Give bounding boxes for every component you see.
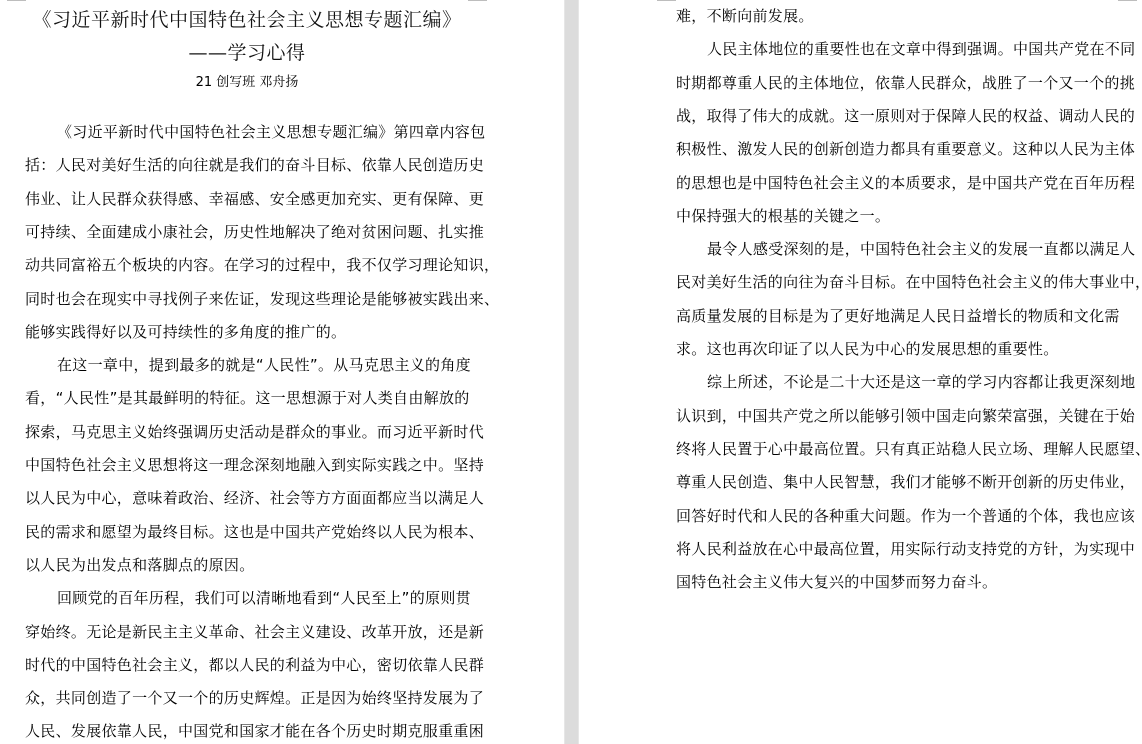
body-text-line: 将人民利益放在心中最高位置，用实际行动支持党的方针，为实现中 [676, 539, 1135, 559]
body-text-line: 认识到，中国共产党之所以能够引领中国走向繁荣富强，关键在于始 [676, 406, 1135, 426]
body-text-line: 人民、发展依靠人民，中国党和国家才能在各个历史时期克服重重困 [25, 721, 484, 741]
body-text-line: 在这一章中，提到最多的就是“人民性”。从马克思主义的角度 [57, 355, 471, 375]
page-corner-mark [657, 0, 676, 1]
body-text-line: 最令人感受深刻的是，中国特色社会主义的发展一直都以满足人 [707, 239, 1135, 259]
document-subtitle: ——学习心得 [0, 38, 494, 65]
body-text-line: 战，取得了伟大的成就。这一原则对于保障人民的权益、调动人民的 [676, 106, 1135, 126]
body-text-line: 伟业、让人民群众获得感、幸福感、安全感更加充实、更有保障、更 [25, 189, 484, 209]
page-right[interactable]: 难，不断向前发展。人民主体地位的重要性也在文章中得到强调。中国共产党在不同时期都… [579, 0, 1142, 744]
document-author: 21 创写班 邓舟扬 [0, 71, 494, 90]
body-text-line: 国特色社会主义伟大复兴的中国梦而努力奋斗。 [676, 572, 997, 592]
body-text-line: 动共同富裕五个板块的内容。在学习的过程中，我不仅学习理论知识， [25, 255, 499, 275]
body-text-line: 尊重人民创造、集中人民智慧，我们才能够不断开创新的历史伟业， [676, 472, 1135, 492]
body-text-line: 人民主体地位的重要性也在文章中得到强调。中国共产党在不同 [707, 39, 1135, 59]
body-text-line: 看，“人民性”是其最鲜明的特征。这一思想源于对人类自由解放的 [25, 388, 470, 408]
body-text-line: 的思想也是中国特色社会主义的本质要求，是中国共产党在百年历程 [676, 173, 1135, 193]
body-text-line: 众，共同创造了一个又一个的历史辉煌。正是因为始终坚持发展为了 [25, 688, 484, 708]
body-text-line: 括：人民对美好生活的向往就是我们的奋斗目标、依靠人民创造历史 [25, 155, 484, 175]
body-text-line: 探索，马克思主义始终强调历史活动是群众的事业。而习近平新时代 [25, 422, 484, 442]
body-text-line: 难，不断向前发展。 [676, 6, 814, 26]
document-viewport[interactable]: 《习近平新时代中国特色社会主义思想专题汇编》 ——学习心得 21 创写班 邓舟扬… [0, 0, 1142, 744]
body-text-line: 时期都尊重人民的主体地位，依靠人民群众，战胜了一个又一个的挑 [676, 73, 1135, 93]
body-text-line: 终将人民置于心中最高位置。只有真正站稳人民立场、理解人民愿望、 [676, 439, 1142, 459]
body-text-line: 同时也会在现实中寻找例子来佐证，发现这些理论是能够被实践出来、 [25, 289, 499, 309]
document-title: 《习近平新时代中国特色社会主义思想专题汇编》 [0, 5, 494, 32]
body-text-line: 中保持强大的根基的关键之一。 [676, 206, 890, 226]
body-text-line: 积极性、激发人民的创新创造力都具有重要意义。这种以人民为主体 [676, 139, 1135, 159]
body-text-line: 高质量发展的目标是为了更好地满足人民日益增长的物质和文化需 [676, 306, 1120, 326]
body-text-line: 民的需求和愿望为最终目标。这也是中国共产党始终以人民为根本、 [25, 522, 484, 542]
body-text-line: 中国特色社会主义思想将这一理念深刻地融入到实际实践之中。坚持 [25, 455, 484, 475]
page-corner-mark [1118, 0, 1137, 1]
page-corner-mark [468, 0, 487, 1]
body-text-line: 可持续、全面建成小康社会，历史性地解决了绝对贫困问题、扎实推 [25, 222, 484, 242]
page-left[interactable]: 《习近平新时代中国特色社会主义思想专题汇编》 ——学习心得 21 创写班 邓舟扬… [0, 0, 564, 744]
body-text-line: 综上所述，不论是二十大还是这一章的学习内容都让我更深刻地 [707, 372, 1135, 392]
body-text-line: 求。这也再次印证了以人民为中心的发展思想的重要性。 [676, 339, 1059, 359]
body-text-line: 穿始终。无论是新民主主义革命、社会主义建设、改革开放，还是新 [25, 622, 484, 642]
body-text-line: 《习近平新时代中国特色社会主义思想专题汇编》第四章内容包 [57, 122, 485, 142]
body-text-line: 回顾党的百年历程，我们可以清晰地看到“人民至上”的原则贯 [57, 588, 471, 608]
body-text-line: 以人民为中心，意味着政治、经济、社会等方方面面都应当以满足人 [25, 488, 484, 508]
body-text-line: 回答好时代和人民的各种重大问题。作为一个普通的个体，我也应该 [676, 506, 1135, 526]
body-text-line: 能够实践得好以及可持续性的多角度的推广的。 [25, 322, 346, 342]
body-text-line: 时代的中国特色社会主义，都以人民的利益为中心，密切依靠人民群 [25, 655, 484, 675]
body-text-line: 民对美好生活的向往为奋斗目标。在中国特色社会主义的伟大事业中， [676, 272, 1142, 292]
page-gutter [564, 0, 579, 744]
body-text-line: 以人民为出发点和落脚点的原因。 [25, 555, 255, 575]
page-corner-mark [7, 0, 26, 1]
